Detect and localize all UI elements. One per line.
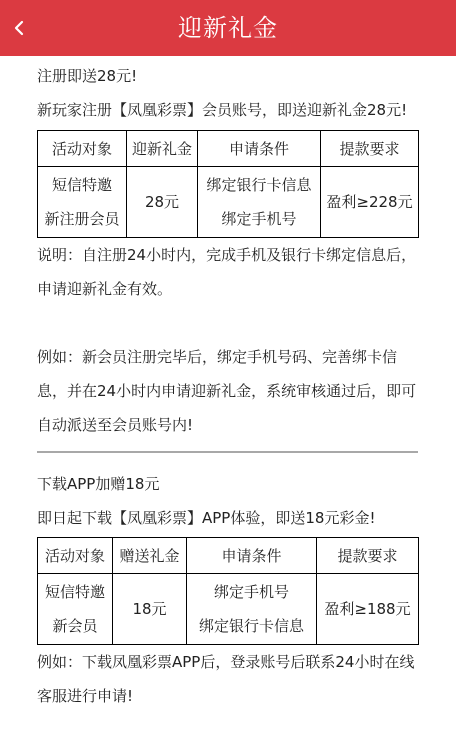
table-row: 短信特邀 新注册会员 28元 绑定银行卡信息 绑定手机号 盈利≥228元 (38, 167, 419, 238)
target-line: 新会员 (38, 609, 112, 643)
top-nav-bar: 迎新礼金 (0, 0, 456, 56)
target-line: 短信特邀 (38, 168, 126, 202)
section-divider (37, 451, 418, 453)
page-title: 迎新礼金 (0, 0, 456, 56)
table-header-cell: 活动对象 (38, 131, 127, 167)
amount-cell: 28元 (127, 167, 198, 238)
condition-line: 绑定手机号 (198, 202, 320, 236)
target-line: 新注册会员 (38, 202, 126, 236)
table-header-row: 活动对象 迎新礼金 申请条件 提款要求 (38, 131, 419, 167)
condition-cell: 绑定银行卡信息 绑定手机号 (198, 167, 321, 238)
withdraw-cell: 盈利≥188元 (317, 574, 419, 645)
table-header-cell: 申请条件 (198, 131, 321, 167)
promo-content: 注册即送28元! 新玩家注册【凤凰彩票】会员账号，即送迎新礼金28元! 活动对象… (37, 56, 418, 713)
table-header-cell: 活动对象 (38, 538, 113, 574)
target-cell: 短信特邀 新会员 (38, 574, 113, 645)
table-header-cell: 迎新礼金 (127, 131, 198, 167)
section1-example: 例如：新会员注册完毕后，绑定手机号码、完善绑卡信息，并在24小时内申请迎新礼金，… (37, 340, 418, 442)
section1-table: 活动对象 迎新礼金 申请条件 提款要求 短信特邀 新注册会员 28元 绑定银行卡… (37, 130, 419, 238)
section2-intro: 即日起下载【凤凰彩票】APP体验，即送18元彩金! (37, 501, 418, 535)
amount-cell: 18元 (113, 574, 187, 645)
target-line: 短信特邀 (38, 575, 112, 609)
condition-line: 绑定手机号 (187, 575, 316, 609)
table-header-cell: 提款要求 (317, 538, 419, 574)
spacer (37, 306, 418, 340)
table-header-row: 活动对象 赠送礼金 申请条件 提款要求 (38, 538, 419, 574)
section1-title: 注册即送28元! (37, 59, 418, 93)
section2-example: 例如：下载凤凰彩票APP后，登录账号后联系24小时在线客服进行申请! (37, 645, 418, 713)
withdraw-cell: 盈利≥228元 (321, 167, 419, 238)
target-cell: 短信特邀 新注册会员 (38, 167, 127, 238)
section2-table: 活动对象 赠送礼金 申请条件 提款要求 短信特邀 新会员 18元 绑定手机号 绑… (37, 537, 419, 645)
condition-line: 绑定银行卡信息 (187, 609, 316, 643)
section2-title: 下载APP加赠18元 (37, 467, 418, 501)
condition-cell: 绑定手机号 绑定银行卡信息 (187, 574, 317, 645)
table-header-cell: 提款要求 (321, 131, 419, 167)
condition-line: 绑定银行卡信息 (198, 168, 320, 202)
section1-intro: 新玩家注册【凤凰彩票】会员账号，即送迎新礼金28元! (37, 93, 418, 127)
table-header-cell: 申请条件 (187, 538, 317, 574)
section1-note: 说明：自注册24小时内，完成手机及银行卡绑定信息后，申请迎新礼金有效。 (37, 238, 418, 306)
table-header-cell: 赠送礼金 (113, 538, 187, 574)
table-row: 短信特邀 新会员 18元 绑定手机号 绑定银行卡信息 盈利≥188元 (38, 574, 419, 645)
